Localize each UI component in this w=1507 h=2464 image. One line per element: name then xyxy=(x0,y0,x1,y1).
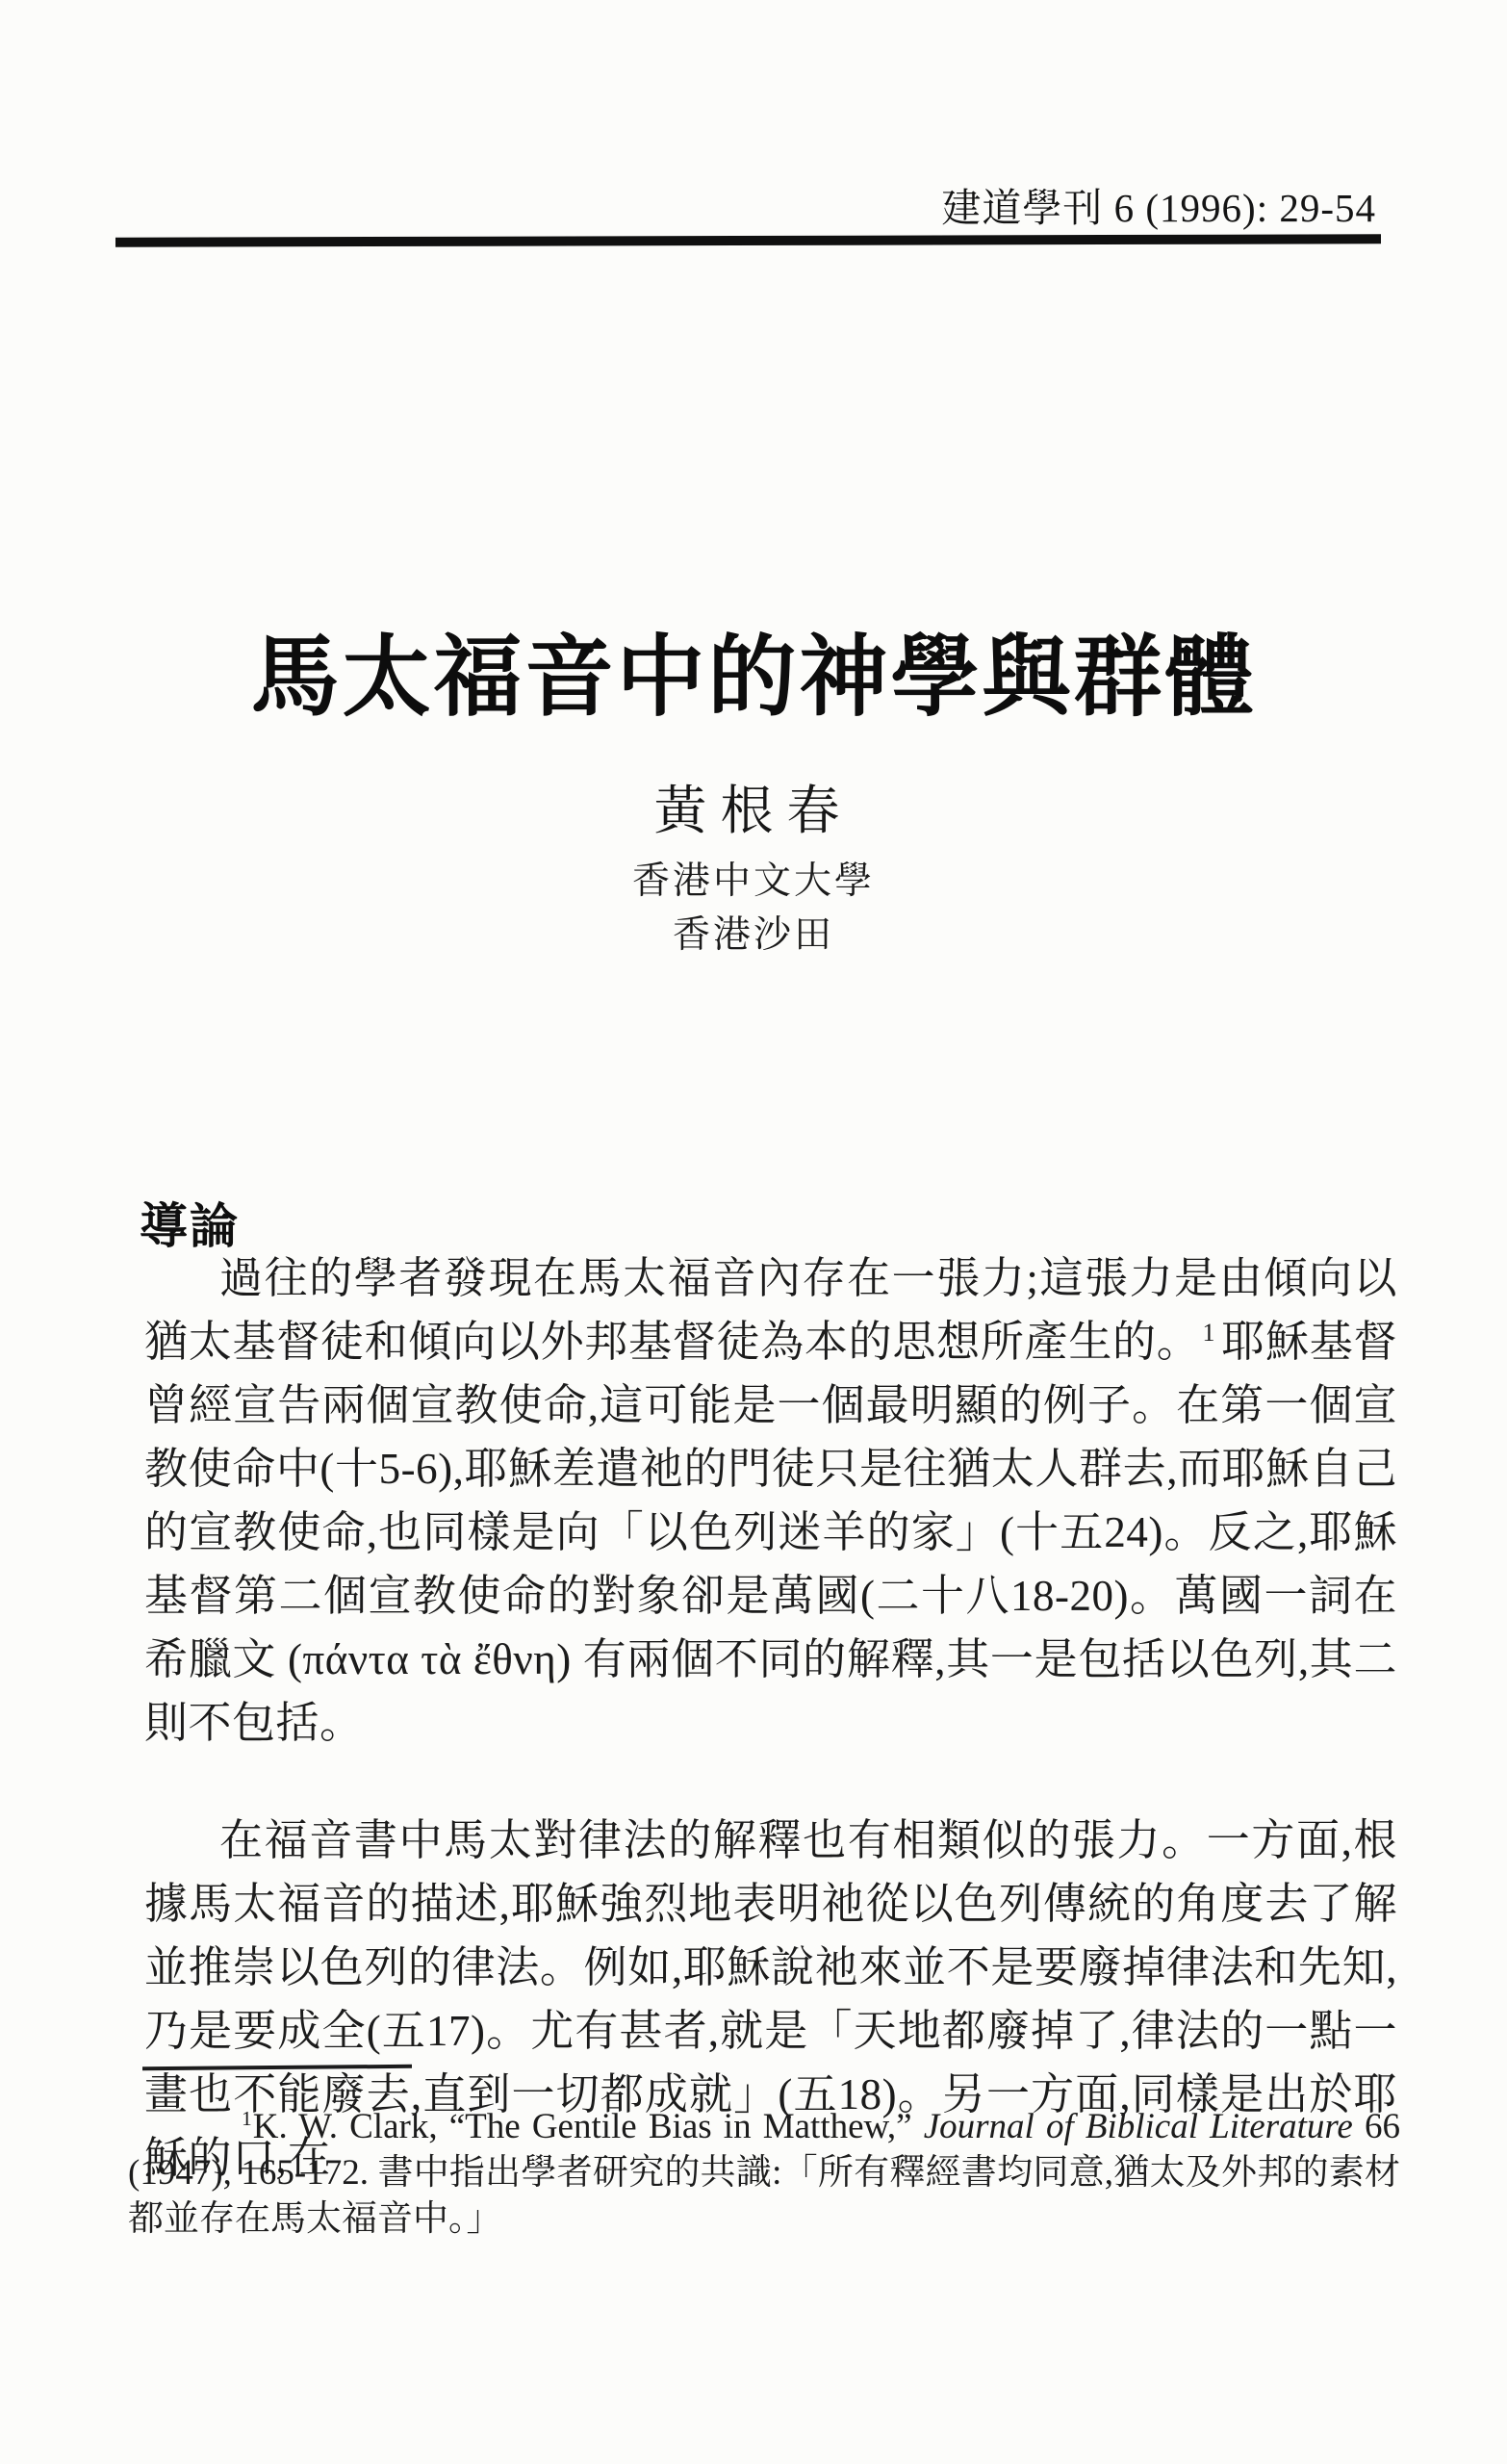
author-name: 黃根春 xyxy=(0,768,1507,844)
author-affiliation: 香港中文大學 xyxy=(0,851,1507,905)
footnote-1-marker: 1 xyxy=(242,2107,253,2130)
author-location: 香港沙田 xyxy=(0,905,1507,959)
footnote-marker-1-inline: 1 xyxy=(1201,1319,1222,1347)
paragraph-1-text-after-note: 耶穌基督曾經宣告兩個宣教使命,這可能是一個最明顯的例子。在第一個宣教使命中(十5… xyxy=(144,1318,1397,1747)
paragraph-1: 過往的學者發現在馬太福音內存在一張力;這張力是由傾向以猶太基督徒和傾向以外邦基督… xyxy=(144,1246,1397,1755)
footnote-1-citation-before: K. W. Clark, “The Gentile Bias in Matthe… xyxy=(253,2107,924,2146)
scanned-paper-page: 建道學刊 6 (1996): 29-54 馬太福音中的神學與群體 黃根春 香港中… xyxy=(0,0,1507,2464)
paragraph-1-text-before-note: 過往的學者發現在馬太福音內存在一張力;這張力是由傾向以猶太基督徒和傾向以外邦基督… xyxy=(144,1254,1397,1366)
journal-reference: 建道學刊 6 (1996): 29-54 xyxy=(941,176,1376,233)
footnote-1-journal-title: Journal of Biblical Literature xyxy=(924,2107,1353,2146)
header-divider-rule xyxy=(115,234,1381,246)
body-text: 過往的學者發現在馬太福音內存在一張力;這張力是由傾向以猶太基督徒和傾向以外邦基督… xyxy=(144,1246,1397,2190)
article-title: 馬太福音中的神學與群體 xyxy=(0,606,1507,733)
footnote-1: 1K. W. Clark, “The Gentile Bias in Matth… xyxy=(128,2104,1400,2243)
